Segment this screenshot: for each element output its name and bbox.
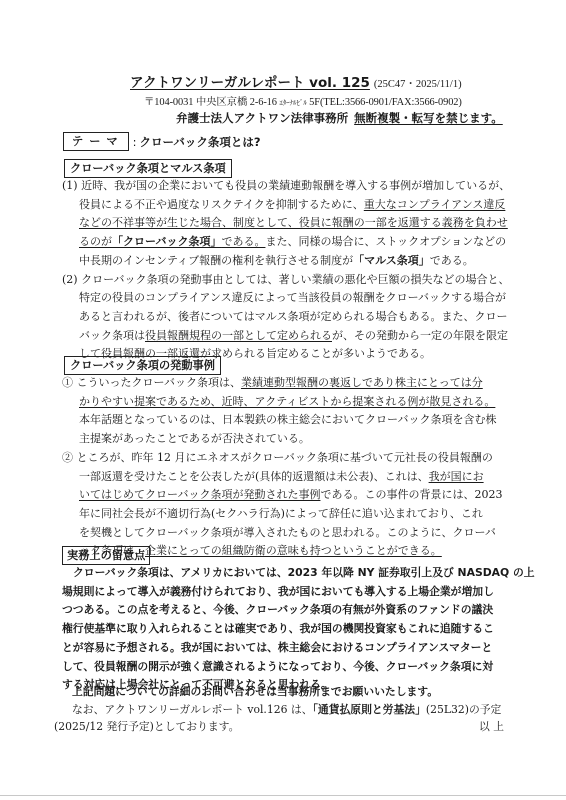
- paragraph-line: るのが「クローバック条項」である。また、同様の場合に、ストックオプションなどの: [62, 233, 514, 252]
- paragraph-line: を契機としてクローバック条項が導入されたものと思われる。このように、クローバ: [62, 524, 514, 543]
- theme-line: テーマ:クローバック条項とは?: [63, 132, 261, 151]
- section-heading-box: クローバック条項の発動事例: [64, 356, 221, 375]
- section-heading-box: 実務上の留意点: [62, 546, 150, 565]
- paragraph-line: (2) クローバック条項の発動事由としては、著しい業績の悪化や巨額の損失などの場…: [62, 271, 514, 290]
- inquiry-line: 上記問題についての詳細のお問い合わせは当事務所までお願いいたします。: [62, 683, 514, 701]
- paragraph-line: などの不祥事等が生じた場合、制度として、役員に報酬の一部を返還する義務を負わせ: [62, 214, 514, 233]
- building-name: ｴﾀｰﾅﾙﾋﾞﾙ: [279, 99, 306, 107]
- paragraph-line: かりやすい提案であるため、近時、アクティビストから提案される例が散見される。: [62, 393, 514, 412]
- section-body-practical-notes: クローバック条項は、アメリカにおいては、2023 年以降 NY 証券取引上及び …: [62, 564, 514, 695]
- section-heading-practical-notes: 実務上の留意点: [62, 544, 150, 565]
- paragraph-line: 権行使基準に取り入れられることは確実であり、我が国の機関投資家もこれに追随するこ: [62, 620, 514, 639]
- paragraph-line: 一部返還を受けたことを公表したが(具体的返還額は未公表)、これは、我が国にお: [62, 468, 514, 487]
- paragraph-line: して、役員報酬の開示が強く意識されるようになっており、今後、クローバック条項に対: [62, 658, 514, 677]
- report-title: アクトワンリーガルレポート vol. 125(25C47・2025/11/1): [130, 71, 462, 91]
- firm-address: 〒104-0031 中央区京橋 2-6-16 ｴﾀｰﾅﾙﾋﾞﾙ 5F(TEL:3…: [144, 93, 462, 108]
- page-bottom-divider: [0, 795, 566, 796]
- address-text: 〒104-0031 中央区京橋 2-6-16: [144, 97, 279, 108]
- next-issue-line: なお、アクトワンリーガルレポート vol.126 は、「通貨払原則と労基法」(2…: [62, 701, 514, 719]
- report-title-meta: (25C47・2025/11/1): [374, 79, 462, 90]
- paragraph-line: 場規則によって導入が義務付けられており、我が国においても導入する上場企業が増加し: [62, 583, 514, 602]
- paragraph-line: とが容易に予想される。我が国においては、株主総会におけるコンプライアンスマターと: [62, 639, 514, 658]
- section-heading-clawback-cases: クローバック条項の発動事例: [64, 354, 221, 375]
- theme-label-box: テーマ: [63, 132, 129, 151]
- paragraph-line: 特定の役員のコンプライアンス違反によって当該役員の報酬をクローバックする場合が: [62, 289, 514, 308]
- theme-separator: :: [133, 135, 137, 149]
- paragraph-line: 年に同社会長が不適切行為(セクハラ行為)によって辞任に追い込まれており、これ: [62, 505, 514, 524]
- paragraph-line: バック条項は役員報酬規程の一部として定められるが、その発動から一定の年限を限定: [62, 327, 514, 346]
- paragraph-line: 中長期のインセンティブ報酬の権利を執行させる制度が「マルス条項」である。: [62, 252, 514, 271]
- paragraph-line: 役員による不正や過度なリスクテイクを抑制するために、重大なコンプライアンス違反: [62, 196, 514, 215]
- legal-report-page: アクトワンリーガルレポート vol. 125(25C47・2025/11/1) …: [0, 0, 566, 800]
- section-heading-clawback-malus: クローバック条項とマルス条項: [64, 157, 232, 178]
- paragraph-line: 本年話題となっているのは、日本製鉄の株主総会においてクローバック条項を含む株: [62, 411, 514, 430]
- end-mark: 以 上: [479, 718, 504, 736]
- next-issue-date-line: (2025/12 発行予定)としております。以 上: [54, 718, 514, 736]
- paragraph-line: クローバック条項は、アメリカにおいては、2023 年以降 NY 証券取引上及び …: [62, 564, 514, 583]
- closing-block: 上記問題についての詳細のお問い合わせは当事務所までお願いいたします。 なお、アク…: [62, 683, 514, 736]
- firm-line: 弁護士法人アクトワン法律事務所無断複製・転写を禁じます。: [176, 110, 503, 126]
- paragraph-line: あると言われるが、後者についてはマルス条項が定められる場合もある。また、クロー: [62, 308, 514, 327]
- paragraph-line: ② ところが、昨年 12 月にエネオスがクローバック条項に基づいて元社長の役員報…: [62, 449, 514, 468]
- paragraph-line: (1) 近時、我が国の企業においても役員の業績連動報酬を導入する事例が増加してい…: [62, 177, 514, 196]
- section-body-clawback-malus: (1) 近時、我が国の企業においても役員の業績連動報酬を導入する事例が増加してい…: [62, 177, 514, 364]
- section-heading-box: クローバック条項とマルス条項: [64, 159, 232, 178]
- section-body-clawback-cases: ① こういったクローバック条項は、業績連動型報酬の裏返しであり株主にとっては分 …: [62, 374, 514, 561]
- firm-name: 弁護士法人アクトワン法律事務所: [176, 111, 348, 125]
- paragraph-line: ① こういったクローバック条項は、業績連動型報酬の裏返しであり株主にとっては分: [62, 374, 514, 393]
- next-issue-title: 「通貨払原則と労基法」: [313, 703, 426, 716]
- paragraph-line: 主提案があったことであるが否決されている。: [62, 430, 514, 449]
- address-contact: 5F(TEL:3566-0901/FAX:3566-0902): [307, 97, 462, 108]
- paragraph-line: いてはじめてクローバック条項が発動された事例である。この事件の背景には、2023: [62, 486, 514, 505]
- copyright-notice: 無断複製・転写を禁じます。: [354, 111, 503, 125]
- paragraph-line: つつある。この点を考えると、今後、クローバック条項の有無が外資系のファンドの議決: [62, 601, 514, 620]
- report-title-main: アクトワンリーガルレポート vol. 125: [130, 75, 370, 91]
- theme-text: クローバック条項とは?: [139, 134, 260, 150]
